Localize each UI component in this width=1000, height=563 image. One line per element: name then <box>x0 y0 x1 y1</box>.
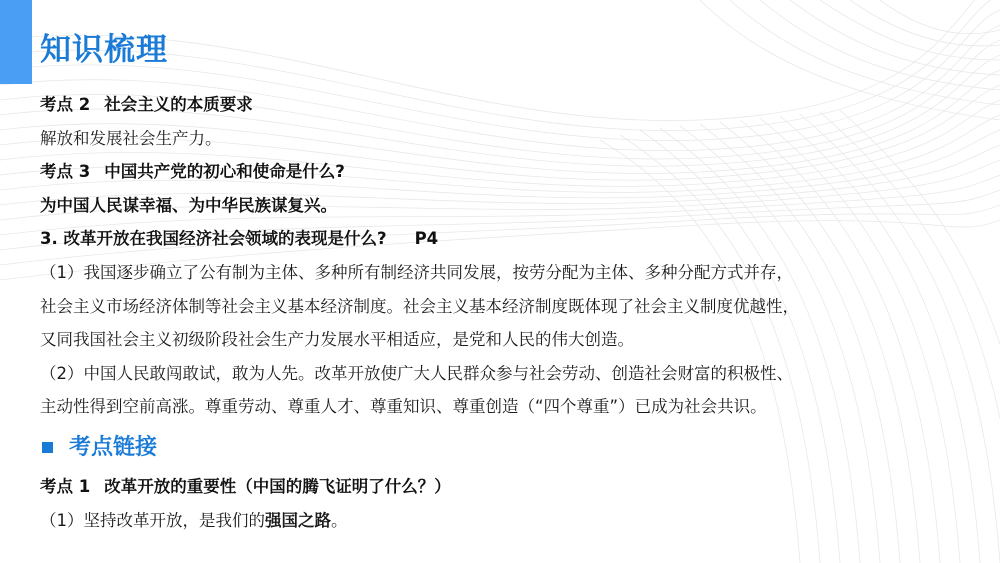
page-reference: P4 <box>415 229 439 248</box>
kaodian1-title: 改革开放的重要性（中国的腾飞证明了什么？） <box>104 477 451 496</box>
section-heading-links: 考点链接 <box>40 426 980 470</box>
para2-line: （2）中国人民敢闯敢试，敢为人先。改革开放使广大人民群众参与社会劳动、创造社会财… <box>40 357 980 391</box>
para2-line: 主动性得到空前高涨。尊重劳动、尊重人才、尊重知识、尊重创造（“四个尊重”）已成为… <box>40 390 980 424</box>
kaodian1-item1: （1）坚持改革开放，是我们的强国之路。 <box>40 504 980 538</box>
para1-line: （1）我国逐步确立了公有制为主体、多种所有制经济共同发展，按劳分配为主体、多种分… <box>40 256 980 290</box>
item1-text: （1）坚持改革开放，是我们的 <box>40 511 265 530</box>
question-3: 3. 改革开放在我国经济社会领域的表现是什么?P4 <box>40 222 980 256</box>
content-body: 考点 2社会主义的本质要求 解放和发展社会生产力。 考点 3中国共产党的初心和使… <box>40 88 980 537</box>
kaodian3-answer: 为中国人民谋幸福、为中华民族谋复兴。 <box>40 189 980 223</box>
item1-suffix: 。 <box>331 511 348 530</box>
page-title: 知识梳理 <box>40 24 168 69</box>
para1-line: 又同我国社会主义初级阶段社会生产力发展水平相适应，是党和人民的伟大创造。 <box>40 323 980 357</box>
kaodian2-heading: 考点 2社会主义的本质要求 <box>40 88 980 122</box>
kaodian2-answer: 解放和发展社会生产力。 <box>40 122 980 156</box>
square-bullet-icon <box>42 442 53 453</box>
kaodian3-heading: 考点 3中国共产党的初心和使命是什么? <box>40 155 980 189</box>
section-heading-text: 考点链接 <box>69 426 157 470</box>
para1-line: 社会主义市场经济体制等社会主义基本经济制度。社会主义基本经济制度既体现了社会主义… <box>40 290 980 324</box>
kaodian2-label: 考点 2 <box>40 95 90 114</box>
kaodian3-label: 考点 3 <box>40 162 90 181</box>
title-accent-bar <box>0 0 32 84</box>
item1-emphasis: 强国之路 <box>265 511 331 530</box>
kaodian2-title: 社会主义的本质要求 <box>104 95 253 114</box>
question-3-text: 3. 改革开放在我国经济社会领域的表现是什么? <box>40 229 387 248</box>
kaodian1-heading: 考点 1改革开放的重要性（中国的腾飞证明了什么？） <box>40 470 980 504</box>
slide: 知识梳理 考点 2社会主义的本质要求 解放和发展社会生产力。 考点 3中国共产党… <box>0 0 1000 563</box>
kaodian1-label: 考点 1 <box>40 477 90 496</box>
kaodian3-title: 中国共产党的初心和使命是什么? <box>104 162 345 181</box>
